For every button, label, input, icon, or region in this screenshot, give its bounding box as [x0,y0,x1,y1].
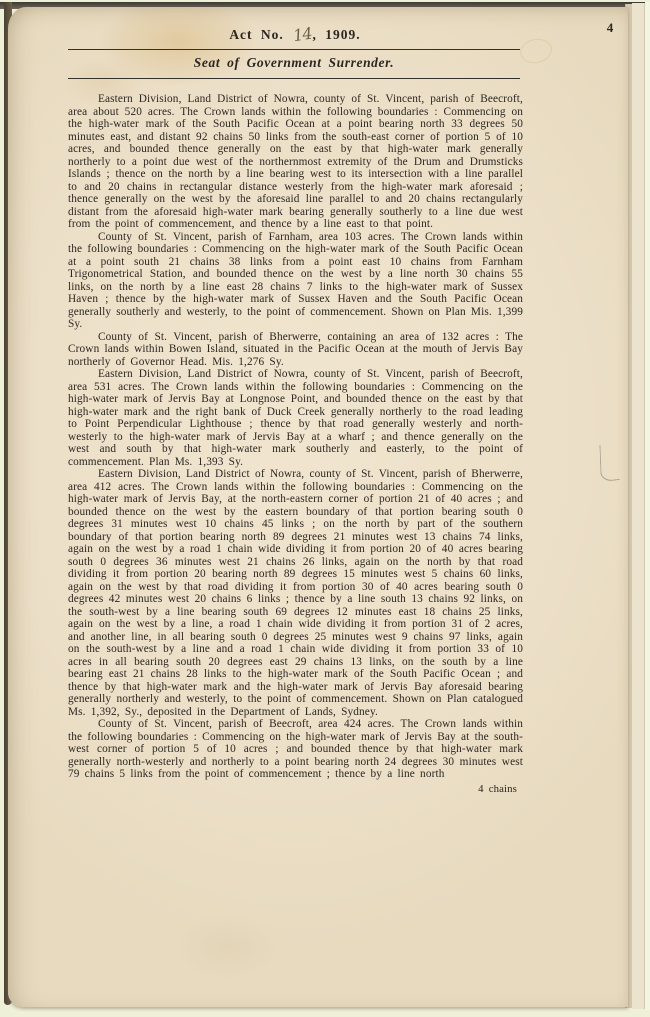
paragraph: County of St. Vincent, parish of Farnham… [68,231,523,331]
scanned-page: Act No. 14, 1909. 4 Seat of Government S… [0,0,650,1017]
catchword: 4 chains [68,783,523,796]
paragraph: Eastern Division, Land District of Nowra… [68,93,523,231]
act-title-line: Act No. 14, 1909. [68,24,522,43]
handwritten-act-number: 14 [291,24,314,46]
paragraph: County of St. Vincent, parish of Beecrof… [68,718,523,781]
act-prefix: Act No. [229,27,284,42]
paper-sheet: Act No. 14, 1909. 4 Seat of Government S… [8,7,628,1007]
running-title: Seat of Government Surrender. [68,55,520,71]
body-text: Eastern Division, Land District of Nowra… [68,93,523,796]
stain-ring [518,36,554,66]
header-rule-top [68,49,520,50]
act-suffix: , 1909. [313,27,361,42]
paragraph: Eastern Division, Land District of Nowra… [68,468,523,718]
paragraph: County of St. Vincent, parish of Bherwer… [68,331,523,369]
underlying-page-edge [632,3,645,1009]
page-number: 4 [600,20,620,36]
header-rule-bottom [68,78,520,79]
pencil-margin-mark [599,443,619,482]
paragraph: Eastern Division, Land District of Nowra… [68,368,523,468]
underlying-page-edge [645,2,650,1010]
